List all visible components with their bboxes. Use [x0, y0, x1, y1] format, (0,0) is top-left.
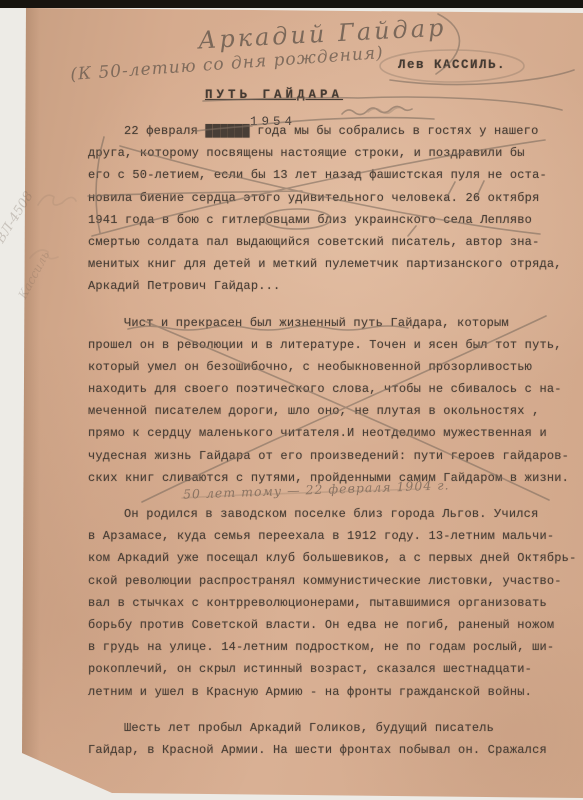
author-name: Лев КАССИЛЬ.: [398, 58, 506, 72]
typed-line: Аркадий Петрович Гайдар...: [88, 279, 560, 301]
typed-line: Он родился в заводском поселке близ горо…: [88, 507, 560, 529]
typed-body-text: 22 февраля ██████ года мы бы собрались в…: [88, 124, 560, 765]
typed-line: борьбу против Советской власти. Он едва …: [88, 618, 560, 640]
typed-line: чудесная жизнь Гайдара от его произведен…: [88, 449, 560, 471]
typed-line: находить для своего поэтического слова, …: [88, 382, 560, 404]
document-title: ПУТЬ ГАЙДАРА: [205, 88, 343, 102]
typed-line: прошел он в революции и в литературе. То…: [88, 338, 560, 360]
typed-line: прямо к сердцу маленького читателя.И нео…: [88, 426, 560, 448]
typed-line: ком Аркадий уже посещал клуб большевиков…: [88, 551, 560, 573]
typed-line: меченной писателем дороги, шло оно, не п…: [88, 404, 560, 426]
typed-line: друга, которому посвящены настоящие стро…: [88, 146, 560, 168]
typed-line: в Арзамасе, куда семья переехала в 1912 …: [88, 529, 560, 551]
typed-line: рокоплечий, он скрыл истинный возраст, с…: [88, 662, 560, 684]
typed-line: его с 50-летием, если бы 13 лет назад фа…: [88, 168, 560, 190]
paper-edge-shadow: [22, 8, 40, 788]
typed-line: 1941 года в бою с гитлеровцами близ укра…: [88, 213, 560, 235]
typed-line: летним и ушел в Красную Армию - на фронт…: [88, 685, 560, 707]
typed-line: новила биение сердца этого удивительного…: [88, 191, 560, 213]
typed-line: менитых книг для детей и меткий пулеметч…: [88, 257, 560, 279]
scanned-manuscript-page: { "page": { "author_typed": "Лев КАССИЛЬ…: [0, 0, 583, 800]
typed-line: смертью солдата пал выдающийся советский…: [88, 235, 560, 257]
typed-line: 22 февраля ██████ года мы бы собрались в…: [88, 124, 560, 146]
scanner-edge-bar: [0, 0, 583, 8]
typed-line: Шесть лет пробыл Аркадий Голиков, будущи…: [88, 721, 560, 743]
typed-line: ской революции распространял коммунистич…: [88, 574, 560, 596]
typed-line: Чист и прекрасен был жизненный путь Гайд…: [88, 316, 560, 338]
typed-line: Гайдар, в Красной Армии. На шести фронта…: [88, 743, 560, 765]
typed-line: вал в стычках с контрреволюционерами, пы…: [88, 596, 560, 618]
typed-line: в грудь на улице. 14-летним подростком, …: [88, 640, 560, 662]
typed-line: который умел он безошибочно, с необыкнов…: [88, 360, 560, 382]
